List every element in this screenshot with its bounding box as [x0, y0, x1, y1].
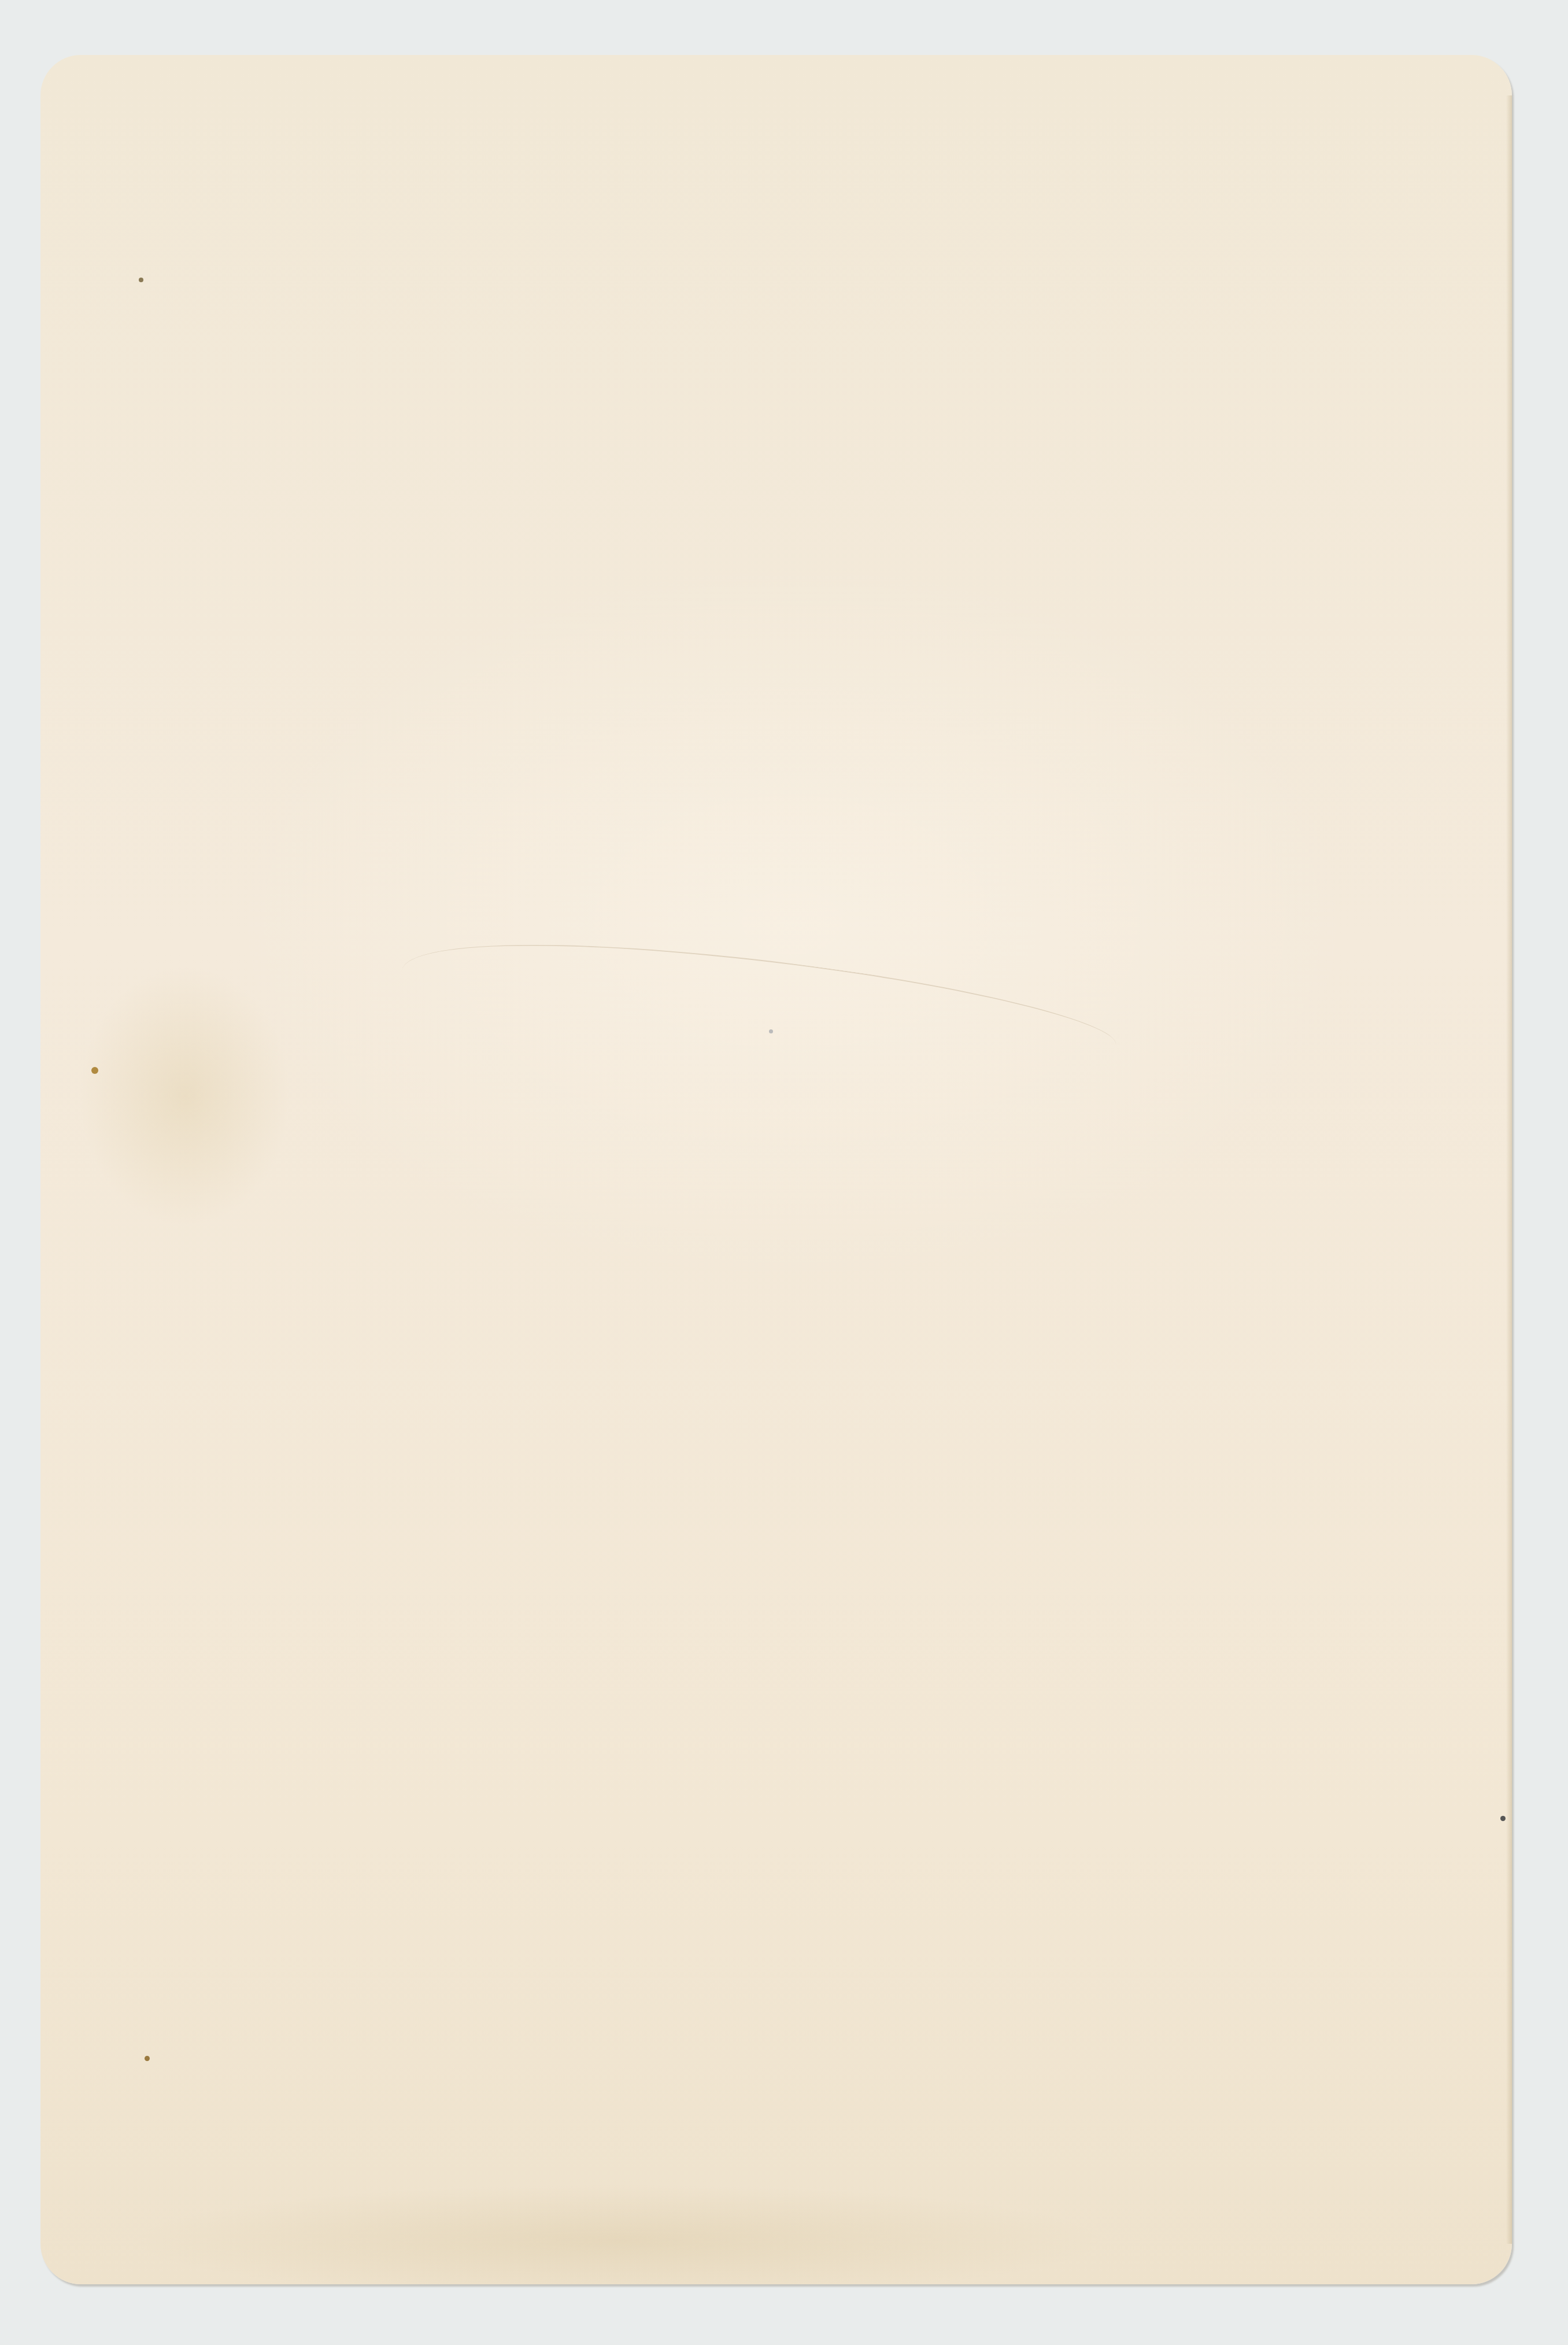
paper-speck	[769, 1029, 773, 1033]
paper-speck	[91, 1067, 98, 1074]
paper-speck	[145, 2056, 150, 2061]
card-edge	[1506, 95, 1512, 2244]
blank-card	[40, 55, 1512, 2284]
card-paper-surface	[40, 55, 1512, 2284]
paper-speck	[1500, 1816, 1506, 1821]
paper-speck	[139, 278, 143, 282]
